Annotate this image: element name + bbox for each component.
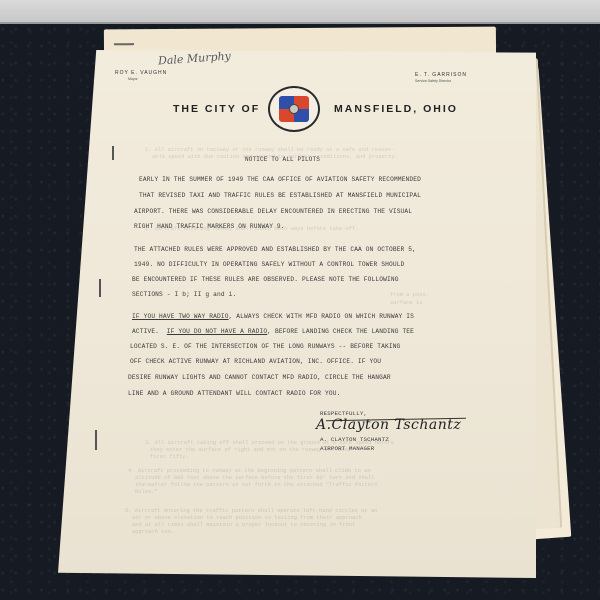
body-line: EARLY IN THE SUMMER OF 1949 THE CAA OFFI…	[139, 176, 421, 183]
letterhead-mansfield: MANSFIELD, OHIO	[334, 103, 458, 115]
mayor-name: ROY E. VAUGHN	[115, 70, 167, 76]
table-edge	[0, 0, 600, 24]
body-line: ACTIVE. IF YOU DO NOT HAVE A RADIO, BEFO…	[132, 328, 414, 335]
director-name: E. T. GARRISON	[415, 72, 467, 78]
signer-title: AIRPORT MANAGER	[320, 445, 374, 452]
margin-mark	[112, 146, 114, 160]
director-title: Service-Safety Director	[415, 79, 451, 83]
city-seal-icon	[268, 86, 320, 132]
signer-name: A. CLAYTON TSCHANTZ	[320, 436, 389, 443]
closing: RESPECTFULLY,	[320, 410, 367, 417]
letterhead-city-of: THE CITY OF	[173, 103, 260, 115]
underlined-phrase: IF YOU HAVE TWO WAY RADIO	[132, 313, 229, 320]
margin-mark	[99, 279, 101, 297]
margin-mark	[95, 430, 97, 450]
body-line: AIRPORT. THERE WAS CONSIDERABLE DELAY EN…	[134, 208, 412, 215]
text: , ALWAYS CHECK WITH MFD RADIO ON WHICH R…	[229, 313, 414, 320]
body-line: IF YOU HAVE TWO WAY RADIO, ALWAYS CHECK …	[132, 313, 414, 320]
underlined-phrase: IF YOU DO NOT HAVE A RADIO	[167, 328, 267, 335]
body-line: 1949. NO DIFFICULTY IN OPERATING SAFELY …	[134, 261, 404, 268]
body-line: RIGHT HAND TRAFFIC MARKERS ON RUNWAY 9.	[134, 223, 285, 230]
body-line: THE ATTACHED RULES WERE APPROVED AND EST…	[134, 246, 416, 253]
notice-heading: NOTICE TO ALL PILOTS	[245, 156, 320, 163]
text: ACTIVE.	[132, 328, 167, 335]
signature: A.Clayton Tschantz	[316, 417, 461, 433]
body-line: DESIRE RUNWAY LIGHTS AND CANNOT CONTACT …	[128, 374, 391, 381]
mark	[114, 43, 134, 45]
body-line: OFF CHECK ACTIVE RUNWAY AT RICHLAND AVIA…	[130, 358, 381, 365]
body-line: SECTIONS - I b; II g and i.	[132, 291, 236, 298]
body-line: LINE AND A GROUND ATTENDANT WILL CONTACT…	[128, 390, 340, 397]
body-line: BE ENCOUNTERED IF THESE RULES ARE OBSERV…	[132, 276, 399, 283]
body-line: THAT REVISED TAXI AND TRAFFIC RULES BE E…	[139, 192, 421, 199]
text: , BEFORE LANDING CHECK THE LANDING TEE	[267, 328, 414, 335]
body-line: LOCATED S. E. OF THE INTERSECTION OF THE…	[130, 343, 400, 350]
mayor-title: Mayor	[128, 77, 138, 81]
